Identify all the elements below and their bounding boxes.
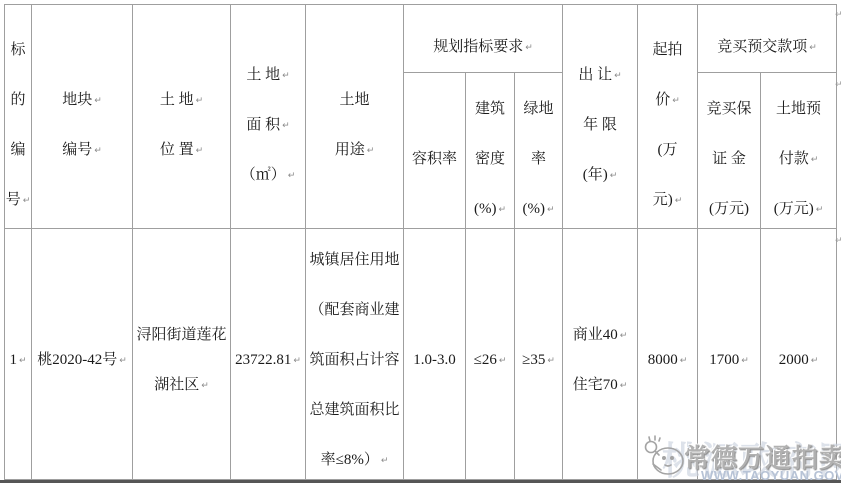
paragraph-mark: ↵ bbox=[381, 456, 389, 466]
cell-building-density: ≤26↵ bbox=[466, 229, 515, 480]
row-end-mark: ↵ bbox=[835, 80, 841, 90]
paragraph-mark: ↵ bbox=[282, 121, 290, 131]
header-grant-term: 出 让↵年 限(年)↵ bbox=[563, 5, 638, 229]
paragraph-mark: ↵ bbox=[610, 171, 618, 181]
bottom-divider bbox=[0, 480, 841, 483]
paragraph-mark: ↵ bbox=[367, 146, 375, 156]
header-land-location: 土 地↵位 置↵ bbox=[133, 5, 231, 229]
cell-green-ratio: ≥35↵ bbox=[515, 229, 563, 480]
paragraph-mark: ↵ bbox=[19, 356, 27, 366]
auction-mascot-icon bbox=[641, 434, 689, 480]
paragraph-mark: ↵ bbox=[614, 71, 622, 81]
paragraph-mark: ↵ bbox=[94, 96, 102, 106]
paragraph-mark: ↵ bbox=[23, 196, 31, 206]
paragraph-mark: ↵ bbox=[499, 356, 507, 366]
header-bid-prepayment: 竞买预交款项↵ bbox=[698, 5, 837, 73]
header-planning-requirements: 规划指标要求↵ bbox=[404, 5, 563, 73]
paragraph-mark: ↵ bbox=[288, 171, 296, 181]
paragraph-mark: ↵ bbox=[498, 205, 506, 215]
cell-grant-term: 商业40↵住宅70↵ bbox=[563, 229, 638, 480]
auction-company-watermark: 常德万通拍卖 bbox=[684, 438, 841, 475]
cell-land-location: 浔阳街道莲花湖社区↵ bbox=[133, 229, 231, 480]
header-parcel-number: 地块↵编号↵ bbox=[32, 5, 133, 229]
paragraph-mark: ↵ bbox=[547, 205, 555, 215]
row-end-mark: ↵ bbox=[835, 10, 841, 20]
header-plot-ratio: 容积率 bbox=[404, 73, 466, 229]
paragraph-mark: ↵ bbox=[547, 356, 555, 366]
paragraph-mark: ↵ bbox=[620, 331, 628, 341]
paragraph-mark: ↵ bbox=[293, 356, 301, 366]
paragraph-mark: ↵ bbox=[196, 146, 204, 156]
header-starting-price: 起拍价↵(万元)↵ bbox=[638, 5, 698, 229]
cell-target-number: 1↵ bbox=[5, 229, 32, 480]
paragraph-mark: ↵ bbox=[620, 381, 628, 391]
header-bid-deposit: 竞买保证 金(万元) bbox=[698, 73, 761, 229]
paragraph-mark: ↵ bbox=[196, 96, 204, 106]
header-target-number: 标的编号↵ bbox=[5, 5, 32, 229]
header-land-area: 土 地↵面 积↵（㎡）↵ bbox=[231, 5, 306, 229]
cell-parcel-number: 桃2020-42号↵ bbox=[32, 229, 133, 480]
header-green-ratio: 绿地率(%)↵ bbox=[515, 73, 563, 229]
paragraph-mark: ↵ bbox=[201, 381, 209, 391]
paragraph-mark: ↵ bbox=[675, 196, 683, 206]
paragraph-mark: ↵ bbox=[94, 146, 102, 156]
header-building-density: 建筑密度(%)↵ bbox=[466, 73, 515, 229]
paragraph-mark: ↵ bbox=[741, 356, 749, 366]
paragraph-mark: ↵ bbox=[811, 356, 819, 366]
cell-plot-ratio: 1.0-3.0 bbox=[404, 229, 466, 480]
paragraph-mark: ↵ bbox=[672, 96, 680, 106]
paragraph-mark: ↵ bbox=[811, 155, 819, 165]
paragraph-mark: ↵ bbox=[680, 356, 688, 366]
cell-land-use: 城镇居住用地（配套商业建筑面积占计容总建筑面积比率≤8%）↵ bbox=[306, 229, 404, 480]
paragraph-mark: ↵ bbox=[525, 43, 533, 53]
paragraph-mark: ↵ bbox=[282, 71, 290, 81]
paragraph-mark: ↵ bbox=[809, 43, 817, 53]
land-auction-table: 标的编号↵ 地块↵编号↵ 土 地↵位 置↵ 土 地↵面 积↵（㎡）↵ 土地用途↵… bbox=[4, 4, 837, 480]
paragraph-mark: ↵ bbox=[816, 205, 824, 215]
row-end-mark: ↵ bbox=[835, 236, 841, 246]
header-land-advance: 土地预付款↵(万元)↵ bbox=[761, 73, 837, 229]
cell-land-area: 23722.81↵ bbox=[231, 229, 306, 480]
header-land-use: 土地用途↵ bbox=[306, 5, 404, 229]
paragraph-mark: ↵ bbox=[119, 356, 127, 366]
